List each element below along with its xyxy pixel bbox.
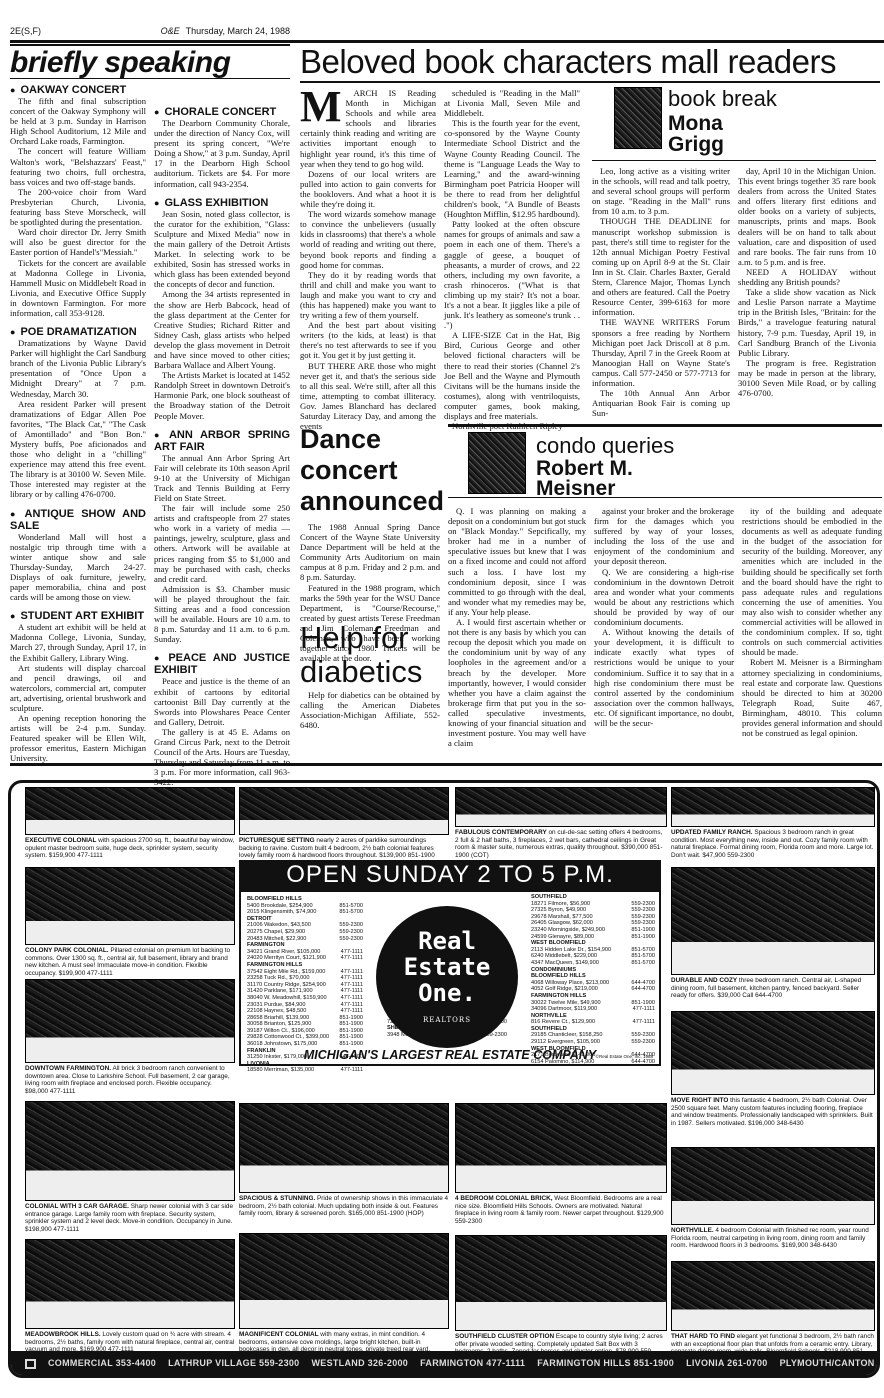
logo-realtors: REALTORS: [376, 1016, 518, 1024]
listing-row: 23240 Morningside, $249,900851-1900: [531, 927, 655, 934]
listing-row: 816 Revere Ct., $129,900477-1111: [531, 1019, 655, 1026]
listing-phone: 559-2300: [631, 901, 655, 908]
listing-address: 18271 Filmore, $56,900: [531, 901, 590, 908]
listing-phone: 559-2300: [631, 920, 655, 927]
listing-row: 23031 Purdue, $84,900477-1111: [247, 1002, 363, 1009]
real-estate-one-ad: EXECUTIVE COLONIAL with spacious 2700 sq…: [8, 780, 880, 1378]
condo-queries-header: condo queries Robert M. Meisner: [448, 428, 882, 498]
publication-name: O&E: [161, 26, 180, 36]
paragraph: THOUGH THE DEADLINE for manuscript works…: [592, 216, 730, 317]
house-photo: [671, 1261, 875, 1331]
house-photo: [455, 787, 667, 827]
listing-city: FARMINGTON: [247, 942, 363, 949]
house-photo: [25, 787, 235, 835]
house-title: SOUTHFIELD CLUSTER OPTION: [455, 1333, 554, 1340]
house-photo: [25, 1101, 235, 1201]
listing-row: 4347 MacQueen, $149,900851-5700: [531, 960, 655, 967]
listing-city: CONDOMINIUMS: [531, 967, 655, 974]
paragraph: against your broker and the brokerage fi…: [594, 506, 734, 567]
listing-address: 23031 Purdue, $84,900: [247, 1002, 305, 1009]
listing-address: 5400 Brookdale, $254,900: [247, 903, 313, 910]
columnist-photo-robert-meisner: [468, 432, 526, 494]
listing-address: 18580 Merriman, $135,000: [247, 1067, 314, 1074]
listing-row: 22108 Haynes, $48,500477-1111: [247, 1008, 363, 1015]
real-estate-one-logo: Real Estate One. REALTORS: [376, 906, 518, 1048]
listing-row: 38040 W. Meadowhill, $159,900477-1111: [247, 995, 363, 1002]
listing-address: 6240 Middlebelt, $229,000: [531, 953, 597, 960]
listing-address: 29112 Evergreen, $105,900: [531, 1039, 600, 1046]
paragraph: The word wizards somehow manage to convi…: [300, 209, 436, 270]
office-phone: FARMINGTON HILLS 851-1900: [537, 1358, 674, 1368]
columnist-first-name: Robert M.: [536, 458, 633, 479]
listing-phone: 851-5700: [631, 960, 655, 967]
paragraph: Among the 34 artists represented in the …: [154, 289, 290, 370]
listing-address: 29828 Cottonwood Ct., $399,000: [247, 1034, 329, 1041]
listing-phone: 559-2300: [339, 936, 363, 943]
house-caption: UPDATED FAMILY RANCH. Spacious 3 bedroom…: [671, 829, 875, 859]
paragraph: ity of the building and adequate restric…: [742, 506, 882, 657]
house-caption: SPACIOUS & STUNNING. Pride of ownership …: [239, 1195, 449, 1218]
house-photo: [25, 979, 235, 1063]
house-title: THAT HARD TO FIND: [671, 1333, 735, 1340]
briefly-column-2: CHORALE CONCERTThe Dearborn Community Ch…: [154, 84, 290, 787]
condo-column-2: against your broker and the brokerage fi…: [594, 506, 734, 728]
paragraph: Leo, long active as a visiting writer in…: [592, 166, 730, 216]
columnist-photo-mona-grigg: [614, 87, 662, 149]
listing-city: WEST BLOOMFIELD: [531, 940, 655, 947]
house-caption: EXECUTIVE COLONIAL with spacious 2700 sq…: [25, 837, 235, 860]
paragraph: The 200-voice choir from Ward Presbyteri…: [10, 187, 146, 227]
house-caption: COLONIAL WITH 3 CAR GARAGE. Sharp newer …: [25, 1203, 235, 1233]
brief-heading: STUDENT ART EXHIBIT: [10, 610, 146, 622]
brief-heading: CHORALE CONCERT: [154, 106, 290, 118]
listing-address: 31420 Parklane, $171,900: [247, 988, 313, 995]
listing-phone: 559-2300: [631, 907, 655, 914]
house-title: MAGNIFICENT COLONIAL: [239, 1331, 319, 1338]
listing-phone: 477-1111: [341, 955, 363, 962]
house-caption: COLONY PARK COLONIAL. Pillared colonial …: [25, 947, 235, 977]
headline-dance: Dance concert announced: [300, 424, 440, 517]
listing-phone: 644-4700: [631, 980, 655, 987]
paragraph: Dramatizations by Wayne David Parker wil…: [10, 338, 146, 399]
listing-address: 23258 Tuck Rd., $70,000: [247, 975, 310, 982]
headline-diabetics: Help for diabetics: [300, 621, 440, 689]
listing-phone: 851-1900: [339, 1021, 363, 1028]
listing-row: 18271 Filmore, $56,900559-2300: [531, 901, 655, 908]
listing-address: 816 Revere Ct., $129,900: [531, 1019, 595, 1026]
paragraph: Patty looked at the often obscure names …: [444, 219, 580, 330]
listing-city: BLOOMFIELD HILLS: [531, 973, 655, 980]
column-title: condo queries: [536, 434, 674, 458]
listing-address: 20275 Chapel, $29,900: [247, 929, 305, 936]
listing-address: 4052 Golf Ridge, $219,000: [531, 986, 598, 993]
house-photo: [671, 787, 875, 827]
listing-row: 4052 Golf Ridge, $219,000644-4700: [531, 986, 655, 993]
paragraph: Wonderland Mall will host a nostalgic tr…: [10, 532, 146, 603]
listing-address: 36018 Johnstown, $175,000: [247, 1041, 317, 1048]
paragraph: Art students will display charcoal and p…: [10, 663, 146, 713]
paragraph: A. Without knowing the details of your d…: [594, 627, 734, 728]
listing-address: 39187 Wilton Ct., $196,000: [247, 1028, 315, 1035]
listing-row: 24020 Merrityn Court, $121,900477-1111: [247, 955, 363, 962]
listing-address: 30022 Twelve Mile, $49,900: [531, 1000, 601, 1007]
listing-phone: 477-1111: [341, 1067, 363, 1074]
brief-heading: PEACE AND JUSTICE EXHIBIT: [154, 652, 290, 676]
paragraph: Robert M. Meisner is a Birmingham attorn…: [742, 657, 882, 738]
listing-address: 28658 Briarhill, $139,900: [247, 1015, 309, 1022]
house-title: UPDATED FAMILY RANCH.: [671, 829, 753, 836]
paragraph: Admission is $3. Chamber music will be p…: [154, 584, 290, 645]
listing-address: 4347 MacQueen, $149,900: [531, 960, 599, 967]
paragraph: BUT THERE ARE those who might never get …: [300, 361, 436, 432]
listing-row: 36018 Johnstown, $175,000851-1900: [247, 1041, 363, 1048]
house-photo: [25, 867, 235, 945]
listing-phone: 559-2300: [631, 1039, 655, 1046]
listing-row: 4068 Willoway Place, $213,000644-4700: [531, 980, 655, 987]
headline-beloved: Beloved book characters mall readers: [300, 44, 836, 80]
listing-city: NORTHVILLE: [531, 1013, 655, 1020]
logo-line-3: One.: [376, 980, 518, 1006]
paragraph: Ward choir director Dr. Jerry Smith will…: [10, 227, 146, 257]
listing-address: 24020 Merrityn Court, $121,900: [247, 955, 326, 962]
listing-address: 2015 Klingensmith, $74,900: [247, 909, 316, 916]
listing-phone: 477-1111: [341, 1008, 363, 1015]
house-caption: 4 BEDROOM COLONIAL BRICK, West Bloomfiel…: [455, 1195, 667, 1225]
paragraph: An opening reception honoring the artist…: [10, 713, 146, 763]
listing-address: 29678 Marshall, $77,500: [531, 914, 593, 921]
paragraph: Q. We are considering a high-rise condom…: [594, 567, 734, 628]
column-title: book break: [668, 87, 777, 111]
house-title: 4 BEDROOM COLONIAL BRICK,: [455, 1195, 553, 1202]
listing-row: 26405 Glasgow, $62,000559-2300: [531, 920, 655, 927]
beloved-column-1: M ARCH IS Reading Month in Michigan Scho…: [300, 88, 436, 431]
listing-address: 37542 Eight Mile Rd., $159,000: [247, 969, 325, 976]
listing-row: 29112 Evergreen, $105,900559-2300: [531, 1039, 655, 1046]
house-photo: [671, 1011, 875, 1095]
house-title: EXECUTIVE COLONIAL: [25, 837, 96, 844]
listing-address: 34021 Grand River, $105,000: [247, 949, 320, 956]
paragraph: THE WAYNE WRITERS Forum sponsors a free …: [592, 317, 730, 388]
columnist-first-name: Mona: [668, 113, 723, 134]
listing-address: 34096 Dartmoor, $119,900: [531, 1006, 597, 1013]
brief-heading: OAKWAY CONCERT: [10, 84, 146, 96]
listing-row: 39187 Wilton Ct., $196,000851-1900: [247, 1028, 363, 1035]
brief-heading: GLASS EXHIBITION: [154, 197, 290, 209]
listing-row: 31420 Parklane, $171,900477-1111: [247, 988, 363, 995]
listing-row: 20275 Chapel, $29,900559-2300: [247, 929, 363, 936]
house-photo: [239, 787, 449, 835]
office-phone: PLYMOUTH/CANTON 455-7000: [780, 1358, 880, 1368]
listing-phone: 477-1111: [341, 1002, 363, 1009]
listing-address: 23240 Morningside, $249,900: [531, 927, 605, 934]
house-title: PICTURESQUE SETTING: [239, 837, 315, 844]
house-title: SPACIOUS & STUNNING.: [239, 1195, 315, 1202]
office-phone: COMMERCIAL 353-4400: [48, 1358, 156, 1368]
listing-phone: 477-1111: [341, 969, 363, 976]
house-title: DURABLE AND COZY: [671, 977, 737, 984]
drop-cap: M: [300, 89, 342, 125]
paragraph: scheduled is "Reading in the Mall" at Li…: [444, 88, 580, 118]
listing-phone: 477-1111: [633, 1006, 655, 1013]
paragraph: The 1988 Annual Spring Dance Concert of …: [300, 522, 440, 583]
house-caption: DURABLE AND COZY three bedroom ranch. Ce…: [671, 977, 875, 1000]
open-house-listings: BLOOMFIELD HILLS5400 Brookdale, $254,900…: [239, 890, 661, 1066]
house-photo: [671, 1147, 875, 1225]
paragraph: NEED A HOLIDAY without shedding any Brit…: [738, 267, 876, 287]
paragraph: Area resident Parker will present dramat…: [10, 399, 146, 500]
logo-line-1: Real: [376, 928, 518, 954]
listing-phone: 851-1900: [631, 927, 655, 934]
office-phone: LIVONIA 261-0700: [686, 1358, 768, 1368]
listing-row: 37542 Eight Mile Rd., $159,000477-1111: [247, 969, 363, 976]
beloved-column-2: scheduled is "Reading in the Mall" at Li…: [444, 88, 580, 431]
paragraph: Peace and justice is the theme of an exh…: [154, 676, 290, 726]
listing-city: FARMINGTON HILLS: [247, 962, 363, 969]
listing-address: 4068 Willoway Place, $213,000: [531, 980, 609, 987]
house-photo: [455, 1103, 667, 1193]
listing-phone: 851-5700: [339, 903, 363, 910]
listing-phone: 851-5700: [631, 947, 655, 954]
listing-phone: 851-1900: [339, 1028, 363, 1035]
house-photo: [239, 1103, 449, 1193]
listing-row: 5400 Brookdale, $254,900851-5700: [247, 903, 363, 910]
paragraph: The Dearborn Community Chorale, under th…: [154, 118, 290, 189]
paragraph: The gallery is at 45 E. Adams on Grand C…: [154, 727, 290, 788]
paragraph: And the best part about visiting writers…: [300, 320, 436, 360]
listing-phone: 477-1111: [341, 982, 363, 989]
listing-row: 29185 Chanticleer, $158,250559-2300: [531, 1032, 655, 1039]
listing-phone: 559-2300: [339, 922, 363, 929]
paragraph: Help for diabetics can be obtained by ca…: [300, 690, 440, 730]
columnist-last-name: Grigg: [668, 134, 724, 155]
office-phone: FARMINGTON 477-1111: [420, 1358, 525, 1368]
listing-phone: 644-4700: [631, 986, 655, 993]
listing-row: 30022 Twelve Mile, $49,900851-1900: [531, 1000, 655, 1007]
paragraph: A. I would first ascertain whether or no…: [448, 617, 586, 748]
briefly-column-1: OAKWAY CONCERTThe fifth and final subscr…: [10, 84, 146, 764]
listing-address: 27325 Byron, $49,900: [531, 907, 586, 914]
listing-row: 24599 Glenayre, $89,000851-1900: [531, 934, 655, 941]
book-break-header: book break Mona Grigg: [592, 83, 876, 161]
book-break-column-2: day, April 10 in the Michigan Union. Thi…: [738, 166, 876, 398]
listing-city: BLOOMFIELD HILLS: [247, 896, 363, 903]
listing-address: 21006 Wakedon, $43,500: [247, 922, 311, 929]
house-photo: [455, 1235, 667, 1331]
paragraph: day, April 10 in the Michigan Union. Thi…: [738, 166, 876, 267]
house-title: MEADOWBROOK HILLS.: [25, 1331, 101, 1338]
office-phone: WESTLAND 326-2000: [311, 1358, 408, 1368]
brief-heading: POE DRAMATIZATION: [10, 326, 146, 338]
listing-row: 31170 Country Ridge, $254,900477-1111: [247, 982, 363, 989]
house-title: MOVE RIGHT INTO: [671, 1097, 728, 1104]
office-phone: LATHRUP VILLAGE 559-2300: [168, 1358, 299, 1368]
house-caption: MOVE RIGHT INTO this fantastic 4 bedroom…: [671, 1097, 875, 1127]
page-folio: 2E(S,F) O&EThursday, March 24, 1988: [10, 26, 290, 36]
listing-row: 34096 Dartmoor, $119,900477-1111: [531, 1006, 655, 1013]
listing-phone: 851-1900: [339, 1034, 363, 1041]
house-photo: [671, 867, 875, 975]
open-sunday-banner: OPEN SUNDAY 2 TO 5 P.M.: [239, 860, 661, 890]
listing-phone: 851-1900: [631, 1000, 655, 1007]
house-title: COLONIAL WITH 3 CAR GARAGE.: [25, 1203, 129, 1210]
paragraph: This is the fourth year for the event, c…: [444, 118, 580, 219]
listing-phone: 477-1111: [341, 949, 363, 956]
house-title: COLONY PARK COLONIAL.: [25, 947, 109, 954]
listing-phone: 559-2300: [339, 929, 363, 936]
page-number: 2E(S,F): [10, 26, 41, 36]
house-title: FABULOUS CONTEMPORARY: [455, 829, 547, 836]
section-title-briefly: briefly speaking: [10, 48, 290, 79]
listing-row: 29678 Marshall, $77,500559-2300: [531, 914, 655, 921]
listing-row: 27325 Byron, $49,900559-2300: [531, 907, 655, 914]
listing-row: 30058 Brianton, $125,900851-1900: [247, 1021, 363, 1028]
paragraph: The annual Ann Arbor Spring Art Fair wil…: [154, 453, 290, 503]
listing-address: 29185 Chanticleer, $158,250: [531, 1032, 603, 1039]
listing-phone: 477-1111: [341, 995, 363, 1002]
listing-address: 31170 Country Ridge, $254,900: [247, 982, 326, 989]
columnist-last-name: Meisner: [536, 478, 615, 499]
paragraph: Dozens of our local writers are pulled i…: [300, 169, 436, 209]
house-title: NORTHVILLE.: [671, 1227, 714, 1234]
listing-row: 23258 Tuck Rd., $70,000477-1111: [247, 975, 363, 982]
paragraph: The program is free. Registration may be…: [738, 358, 876, 398]
listing-address: 24599 Glenayre, $89,000: [531, 934, 594, 941]
listing-city: DETROIT: [247, 916, 363, 923]
paragraph: The concert will feature William Walton'…: [10, 146, 146, 186]
listing-phone: 559-2300: [631, 1032, 655, 1039]
listing-row: 34021 Grand River, $105,000477-1111: [247, 949, 363, 956]
listing-phone: 851-1900: [339, 1015, 363, 1022]
listing-city: SOUTHFIELD: [531, 1026, 655, 1033]
book-break-column-1: Leo, long active as a visiting writer in…: [592, 166, 730, 418]
logo-line-2: Estate: [376, 954, 518, 980]
listing-phone: 851-5700: [631, 953, 655, 960]
condo-rule: [448, 424, 882, 427]
paragraph: A LIFE-SIZE Cat in the Hat, Big Bird, Cu…: [444, 330, 580, 421]
diabetics-article: Help for diabetics can be obtained by ca…: [300, 690, 440, 730]
house-caption: FABULOUS CONTEMPORARY on cul-de-sac sett…: [455, 829, 667, 859]
house-caption: DOWNTOWN FARMINGTON. All brick 3 bedroom…: [25, 1065, 235, 1095]
listing-address: 2113 Hidden Lake Dr., $154,900: [531, 947, 611, 954]
listing-phone: 559-2300: [631, 914, 655, 921]
listing-address: 30058 Brianton, $125,900: [247, 1021, 311, 1028]
office-phone-footer: COMMERCIAL 353-4400LATHRUP VILLAGE 559-2…: [11, 1351, 877, 1375]
condo-column-1: Q. I was planning on making a deposit on…: [448, 506, 586, 748]
paragraph: The Artists Market is located at 1452 Ra…: [154, 370, 290, 420]
listing-row: 29828 Cottonwood Ct., $399,000851-1900: [247, 1034, 363, 1041]
listing-address: 38040 W. Meadowhill, $159,900: [247, 995, 327, 1002]
paragraph: Q. I was planning on making a deposit on…: [448, 506, 586, 617]
paragraph: Tickets for the concert are available at…: [10, 258, 146, 319]
brief-heading: ANTIQUE SHOW AND SALE: [10, 508, 146, 532]
paragraph: Take a slide show vacation as Nick and L…: [738, 287, 876, 358]
ad-copyright: ©Real Estate One, Inc. 1988: [596, 1054, 653, 1059]
listing-city: FARMINGTON HILLS: [531, 993, 655, 1000]
listing-phone: 851-1900: [631, 934, 655, 941]
listing-phone: 477-1111: [341, 975, 363, 982]
listing-phone: 851-1900: [339, 1041, 363, 1048]
listing-city: SOUTHFIELD: [531, 894, 655, 901]
paragraph: They do it by reading words that thrill …: [300, 270, 436, 320]
listing-address: 26405 Glasgow, $62,000: [531, 920, 593, 927]
paragraph: The fair will include some 250 artists a…: [154, 503, 290, 584]
listing-row: 20483 Mitchell, $22,900559-2300: [247, 936, 363, 943]
house-photo: [25, 1239, 235, 1329]
listing-phone: 851-5700: [339, 909, 363, 916]
house-caption: NORTHVILLE. 4 bedroom Colonial with fini…: [671, 1227, 875, 1250]
listing-row: 2015 Klingensmith, $74,900851-5700: [247, 909, 363, 916]
listing-phone: 477-1111: [633, 1019, 655, 1026]
house-photo: [239, 1233, 449, 1329]
paragraph: The fifth and final subscription concert…: [10, 96, 146, 146]
bottom-rule: [10, 763, 882, 766]
listing-row: 18580 Merriman, $135,000477-1111: [247, 1067, 363, 1074]
listing-address: 22108 Haynes, $48,500: [247, 1008, 306, 1015]
listing-phone: 477-1111: [341, 988, 363, 995]
house-title: DOWNTOWN FARMINGTON.: [25, 1065, 111, 1072]
listing-row: 28658 Briarhill, $139,900851-1900: [247, 1015, 363, 1022]
condo-column-3: ity of the building and adequate restric…: [742, 506, 882, 738]
issue-date: Thursday, March 24, 1988: [186, 26, 290, 36]
listing-address: 20483 Mitchell, $22,900: [247, 936, 306, 943]
listing-row: 2113 Hidden Lake Dr., $154,900851-5700: [531, 947, 655, 954]
listing-row: 21006 Wakedon, $43,500559-2300: [247, 922, 363, 929]
paragraph: A student art exhibit will be held at Ma…: [10, 622, 146, 662]
equal-housing-icon: [25, 1359, 36, 1369]
paragraph: The 10th Annual Ann Arbor Antiquarian Bo…: [592, 388, 730, 418]
listing-row: 6240 Middlebelt, $229,000851-5700: [531, 953, 655, 960]
brief-heading: ANN ARBOR SPRING ART FAIR: [154, 429, 290, 453]
paragraph: Jean Sosin, noted glass collector, is th…: [154, 209, 290, 290]
